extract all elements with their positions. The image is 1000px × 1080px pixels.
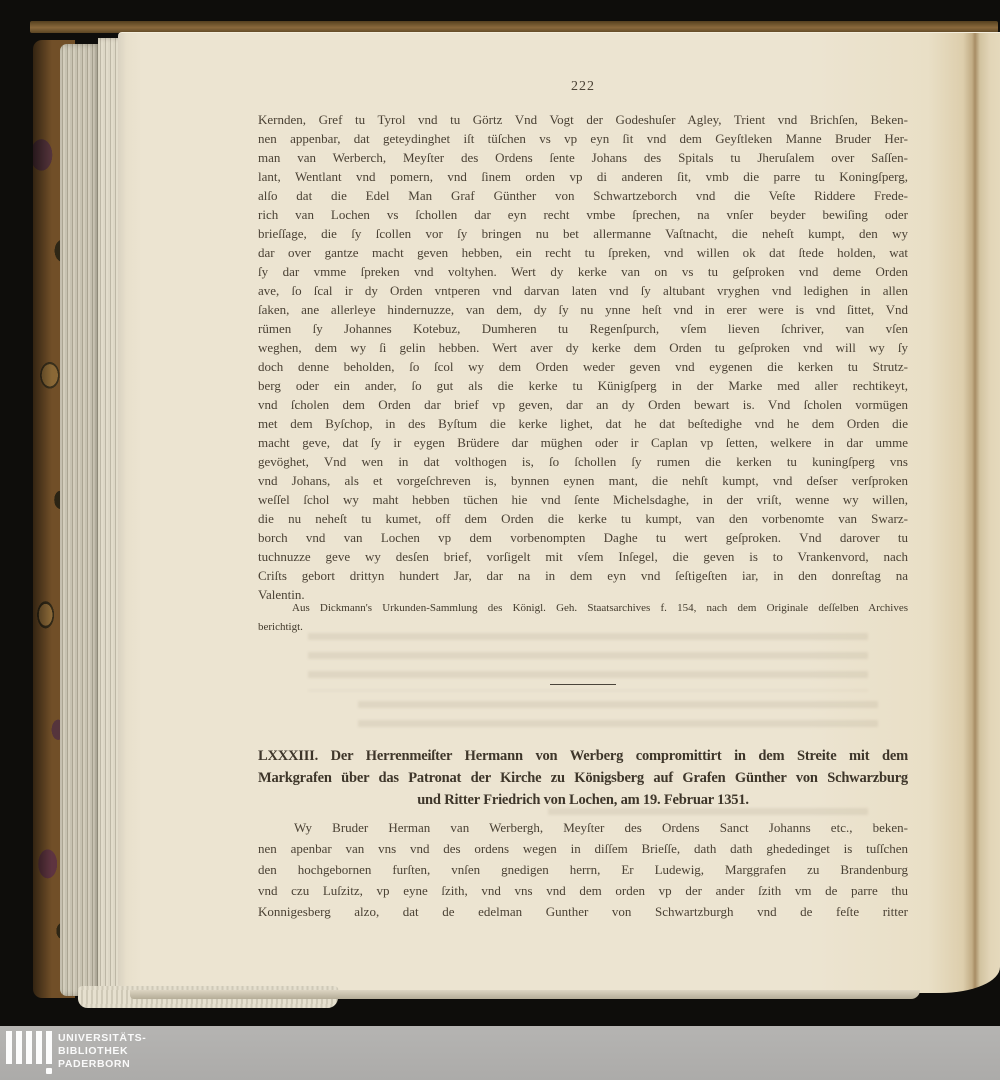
text-line: und Ritter Friedrich von Lochen, am 19. …	[258, 789, 908, 811]
document-1-text: Kernden, Gref tu Tyrol vnd tu Görtz Vnd …	[258, 110, 908, 604]
document-2-text: Wy Bruder Herman van Werbergh, Meyſter d…	[258, 817, 908, 922]
text-line: weſſel ſchol wy maht hebben tüchen hie v…	[258, 490, 908, 509]
text-line: tuchnuzze geve wy desſen brief, vorſigel…	[258, 547, 908, 566]
text-line: LXXXIII. Der Herrenmeiſter Hermann von W…	[258, 745, 908, 767]
text-line: nen appenbar, dat geteydinghet iſt tüſch…	[258, 129, 908, 148]
text-line: berg oder ein ander, ſo gut als die kerk…	[258, 376, 908, 395]
text-line: borch vnd van Lochen vp dem vorbenompten…	[258, 528, 908, 547]
document-2-heading: LXXXIII. Der Herrenmeiſter Hermann von W…	[258, 745, 908, 811]
text-line: Kernden, Gref tu Tyrol vnd tu Görtz Vnd …	[258, 110, 908, 129]
text-line: man van Werberch, Meyſter des Ordens ſen…	[258, 148, 908, 167]
section-divider	[550, 684, 616, 685]
watermark-line: PADERBORN	[58, 1058, 146, 1071]
page-edge-stack-outer	[60, 44, 100, 996]
text-line: vnd ſcholen dem Orden dar brief vp geven…	[258, 395, 908, 414]
logo-bar	[26, 1031, 32, 1064]
source-note: Aus Dickmann's Urkunden-Sammlung des Kön…	[258, 599, 908, 637]
library-logo-icon	[6, 1031, 58, 1077]
text-line: ſy dar vmme ſpreken vnd voltyhen. Wert d…	[258, 262, 908, 281]
library-watermark-text: UNIVERSITÄTS- BIBLIOTHEK PADERBORN	[58, 1032, 146, 1071]
verso-bleedthrough	[308, 633, 868, 691]
text-line: vnd czu Luſzitz, vp eyne ſzith, vnd vns …	[258, 880, 908, 901]
text-line: Aus Dickmann's Urkunden-Sammlung des Kön…	[258, 599, 908, 618]
logo-bar	[16, 1031, 22, 1064]
text-line: rümen ſy Johannes Kotebuz, Dumheren tu R…	[258, 319, 908, 338]
book-scan: 222 Kernden, Gref tu Tyrol vnd tu Görtz …	[0, 0, 1000, 1080]
text-line: Wy Bruder Herman van Werbergh, Meyſter d…	[258, 817, 908, 838]
watermark-line: BIBLIOTHEK	[58, 1045, 146, 1058]
text-line: lant, Wentlant vnd pomern, vnd ſinem ord…	[258, 167, 908, 186]
text-line: brieſſage, die ſy ſcollen vor ſy bringen…	[258, 224, 908, 243]
text-line: vnd Johans, als et vorgeſchreven is, byn…	[258, 471, 908, 490]
text-line: dar over gantze macht geven hebben, ein …	[258, 243, 908, 262]
text-line: weghen, dem wy ſi gelin hebben. Wert ave…	[258, 338, 908, 357]
text-line: ave, ſo ſcal ir dy Orden vntperen vnd da…	[258, 281, 908, 300]
book-page: 222 Kernden, Gref tu Tyrol vnd tu Görtz …	[118, 32, 1000, 993]
text-line: nen apenbar van vns vnd des ordens wegen…	[258, 838, 908, 859]
text-line: Konnigesberg alzo, dat de edelman Gunthe…	[258, 901, 908, 922]
text-line: die nu neheſt tu kumet, off dem Orden di…	[258, 509, 908, 528]
library-watermark-bar: UNIVERSITÄTS- BIBLIOTHEK PADERBORN	[0, 1026, 1000, 1080]
verso-bleedthrough	[358, 701, 878, 735]
watermark-line: UNIVERSITÄTS-	[58, 1032, 146, 1045]
logo-dot	[46, 1068, 52, 1074]
text-line: gevöghet, Vnd wen in dat volthogen is, ſ…	[258, 452, 908, 471]
text-line: doch denne beholden, ſo ſcol wy dem Orde…	[258, 357, 908, 376]
text-line: alſo dat die Edel Man Graf Günther von S…	[258, 186, 908, 205]
logo-bar	[6, 1031, 12, 1064]
text-line: ſaken, ane allerleye hindernuzze, van de…	[258, 300, 908, 319]
text-line: macht geve, dat ſy ir eygen Brüdere dar …	[258, 433, 908, 452]
text-line: rich van Lochen vs ſchollen dar eyn rech…	[258, 205, 908, 224]
page-number: 222	[258, 79, 908, 95]
logo-bar	[46, 1031, 52, 1064]
text-line: met dem Byſchop, in des Byſtum die kerke…	[258, 414, 908, 433]
text-line: den hochgebornen furſten, vnſen gnedigen…	[258, 859, 908, 880]
text-line: Criſts gebort drittyn hundert Jar, dar n…	[258, 566, 908, 585]
text-line: berichtigt.	[258, 618, 908, 637]
text-line: Markgrafen über das Patronat der Kirche …	[258, 767, 908, 789]
logo-bar	[36, 1031, 42, 1064]
page-bottom-edge-strip	[130, 990, 920, 999]
